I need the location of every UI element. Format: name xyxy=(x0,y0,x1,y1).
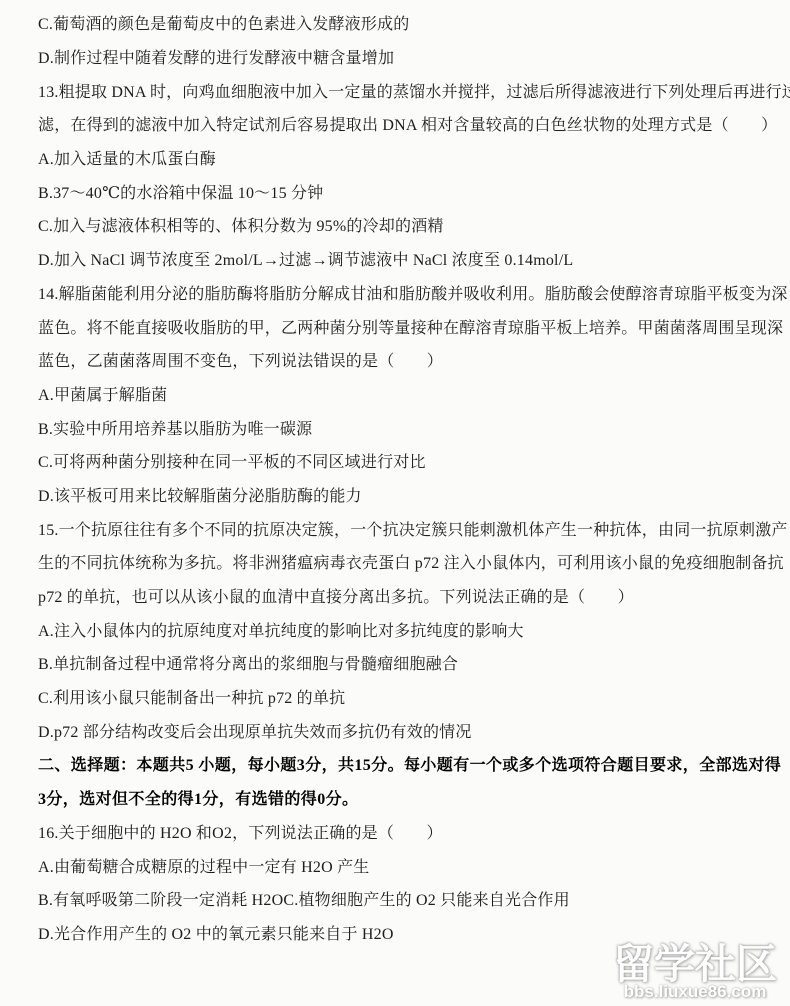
text-line: 二、选择题：本题共5 小题，每小题3分，共15分。每小题有一个或多个选项符合题目… xyxy=(38,747,772,781)
text-line: C.加入与滤液体积相等的、体积分数为 95%的冷却的酒精 xyxy=(38,208,772,242)
text-line: D.光合作用产生的 O2 中的氧元素只能来自于 H2O xyxy=(38,916,772,950)
text-line: 16.关于细胞中的 H2O 和O2，下列说法正确的是（ ） xyxy=(38,815,772,849)
text-line: D.p72 部分结构改变后会出现原单抗失效而多抗仍有效的情况 xyxy=(38,713,772,747)
text-line: 14.解脂菌能利用分泌的脂肪酶将脂肪分解成甘油和脂肪酸并吸收利用。脂肪酸会使醇溶… xyxy=(38,276,772,310)
text-line: D.该平板可用来比较解脂菌分泌脂肪酶的能力 xyxy=(38,478,772,512)
text-line: B.37～40℃的水浴箱中保温 10～15 分钟 xyxy=(38,174,772,208)
text-line: p72 的单抗，也可以从该小鼠的血清中直接分离出多抗。下列说法正确的是（ ） xyxy=(38,579,772,613)
watermark: 留学社区 bbs.liuxue86.com xyxy=(605,944,785,1002)
text-line: A.加入适量的木瓜蛋白酶 xyxy=(38,141,772,175)
text-line: 13.粗提取 DNA 时，向鸡血细胞液中加入一定量的蒸馏水并搅拌，过滤后所得滤液… xyxy=(38,73,772,107)
watermark-logo-text: 留学社区 xyxy=(605,944,785,985)
document-text-block: C.葡萄酒的颜色是葡萄皮中的色素进入发酵液形成的D.制作过程中随着发酵的进行发酵… xyxy=(38,6,772,949)
text-line: C.利用该小鼠只能制备出一种抗 p72 的单抗 xyxy=(38,680,772,714)
watermark-site-url: bbs.liuxue86.com xyxy=(605,982,785,1002)
text-line: 15.一个抗原往往有多个不同的抗原决定簇，一个抗决定簇只能刺激机体产生一种抗体，… xyxy=(38,511,772,545)
text-line: D.制作过程中随着发酵的进行发酵液中糖含量增加 xyxy=(38,40,772,74)
document-page: C.葡萄酒的颜色是葡萄皮中的色素进入发酵液形成的D.制作过程中随着发酵的进行发酵… xyxy=(0,0,790,1006)
text-line: C.可将两种菌分别接种在同一平板的不同区域进行对比 xyxy=(38,444,772,478)
text-line: 生的不同抗体统称为多抗。将非洲猪瘟病毒衣壳蛋白 p72 注入小鼠体内，可利用该小… xyxy=(38,545,772,579)
text-line: 蓝色。将不能直接吸收脂肪的甲，乙两种菌分别等量接种在醇溶青琼脂平板上培养。甲菌菌… xyxy=(38,309,772,343)
text-line: A.甲菌属于解脂菌 xyxy=(38,377,772,411)
text-line: 3分，选对但不全的得1分，有选错的得0分。 xyxy=(38,781,772,815)
text-line: A.注入小鼠体内的抗原纯度对单抗纯度的影响比对多抗纯度的影响大 xyxy=(38,612,772,646)
text-line: B.有氧呼吸第二阶段一定消耗 H2OC.植物细胞产生的 O2 只能来自光合作用 xyxy=(38,882,772,916)
text-line: 蓝色，乙菌菌落周围不变色，下列说法错误的是（ ） xyxy=(38,343,772,377)
text-line: A.由葡萄糖合成糖原的过程中一定有 H2O 产生 xyxy=(38,848,772,882)
text-line: B.实验中所用培养基以脂肪为唯一碳源 xyxy=(38,410,772,444)
text-line: B.单抗制备过程中通常将分离出的浆细胞与骨髓瘤细胞融合 xyxy=(38,646,772,680)
text-line: D.加入 NaCl 调节浓度至 2mol/L→过滤→调节滤液中 NaCl 浓度至… xyxy=(38,242,772,276)
text-line: C.葡萄酒的颜色是葡萄皮中的色素进入发酵液形成的 xyxy=(38,6,772,40)
text-line: 滤，在得到的滤液中加入特定试剂后容易提取出 DNA 相对含量较高的白色丝状物的处… xyxy=(38,107,772,141)
